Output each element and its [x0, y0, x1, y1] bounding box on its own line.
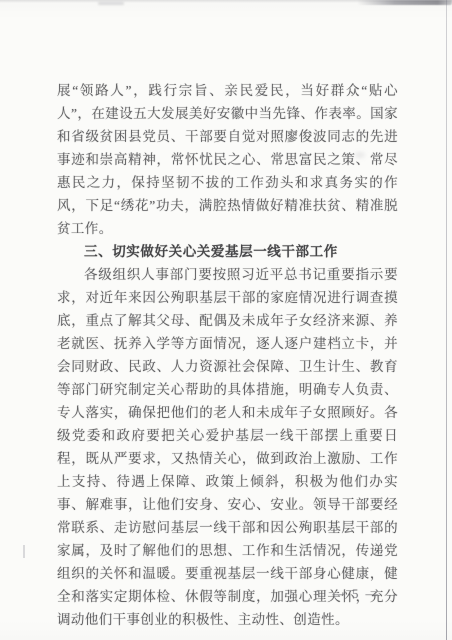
scan-right-page-edge-line	[446, 0, 448, 640]
body-paragraph-continued: 展“领路人”，践行宗旨、亲民爱民，当好群众“贴心人”，在建设五大发展美好安徽中当…	[57, 79, 398, 240]
scan-left-margin-mark	[23, 545, 25, 558]
section-heading: 三、切实做好关心关爱基层一线干部工作	[57, 240, 398, 263]
scan-top-right-smudge	[357, 0, 452, 5]
scan-top-small-smudge	[98, 2, 124, 5]
scanned-document-page: 展“领路人”，践行宗旨、亲民爱民，当好群众“贴心人”，在建设五大发展美好安徽中当…	[0, 0, 452, 640]
page-number: — 5 —	[333, 587, 381, 602]
document-text-block: 展“领路人”，践行宗旨、亲民爱民，当好群众“贴心人”，在建设五大发展美好安徽中当…	[57, 79, 398, 631]
section-body-paragraph: 各级组织人事部门要按照习近平总书记重要指示要求，对近年来因公殉职基层干部的家庭情…	[57, 263, 398, 631]
